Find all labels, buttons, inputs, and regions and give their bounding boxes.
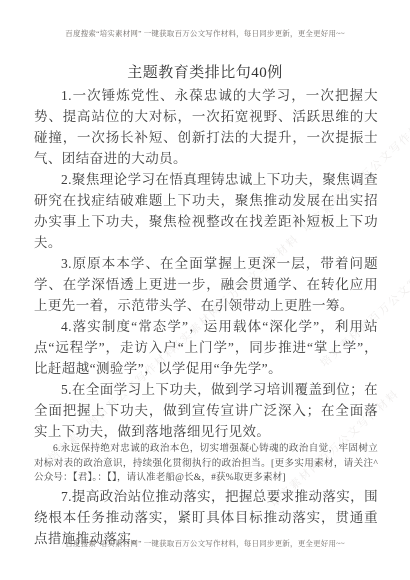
- page-title: 主题教育类排比句40例: [0, 61, 410, 82]
- paragraph: 5.在全面学习上下功夫，做到学习培训覆盖到位；在全面把握上下功夫，做到宣传宣讲广…: [34, 379, 378, 442]
- paragraph: 4.落实制度“常态学”，运用载体“深化学”，利用站点“远程学”，走访入户“上门学…: [34, 316, 378, 379]
- header-promo-note: 百度搜索“培实素材网” 一键获取百万公文写作材料，每日同步更新，更全更好用~~: [0, 28, 410, 39]
- document-page: 培实素材网百万公文写作材料 培实素材网百万公文写作材料 培实素材网百万公文写作材…: [0, 0, 410, 580]
- paragraph: 1.一次锤炼党性、永葆忠诚的大学习，一次把握大势、提高站位的大对标，一次拓宽视野…: [34, 85, 378, 169]
- paragraph-list: 1.一次锤炼党性、永葆忠诚的大学习，一次把握大势、提高站位的大对标，一次拓宽视野…: [34, 85, 378, 549]
- paragraph: 6.永远保持绝对忠诚的政治本色，切实增强凝心铸魂的政治自觉，牢固树立对标对表的政…: [34, 442, 378, 486]
- paragraph: 3.原原本本学、在全面掌握上更深一层，带着问题学、在学深悟透上更进一步，融会贯通…: [34, 253, 378, 316]
- paragraph: 2.聚焦理论学习在悟真理铸忠诚上下功夫，聚焦调查研究在找症结破难题上下功夫，聚焦…: [34, 169, 378, 253]
- footer-promo-note: 百度搜索“培实素材网” 一键获取百万公文写作材料，每日同步更新，更全更好用~~: [0, 538, 410, 549]
